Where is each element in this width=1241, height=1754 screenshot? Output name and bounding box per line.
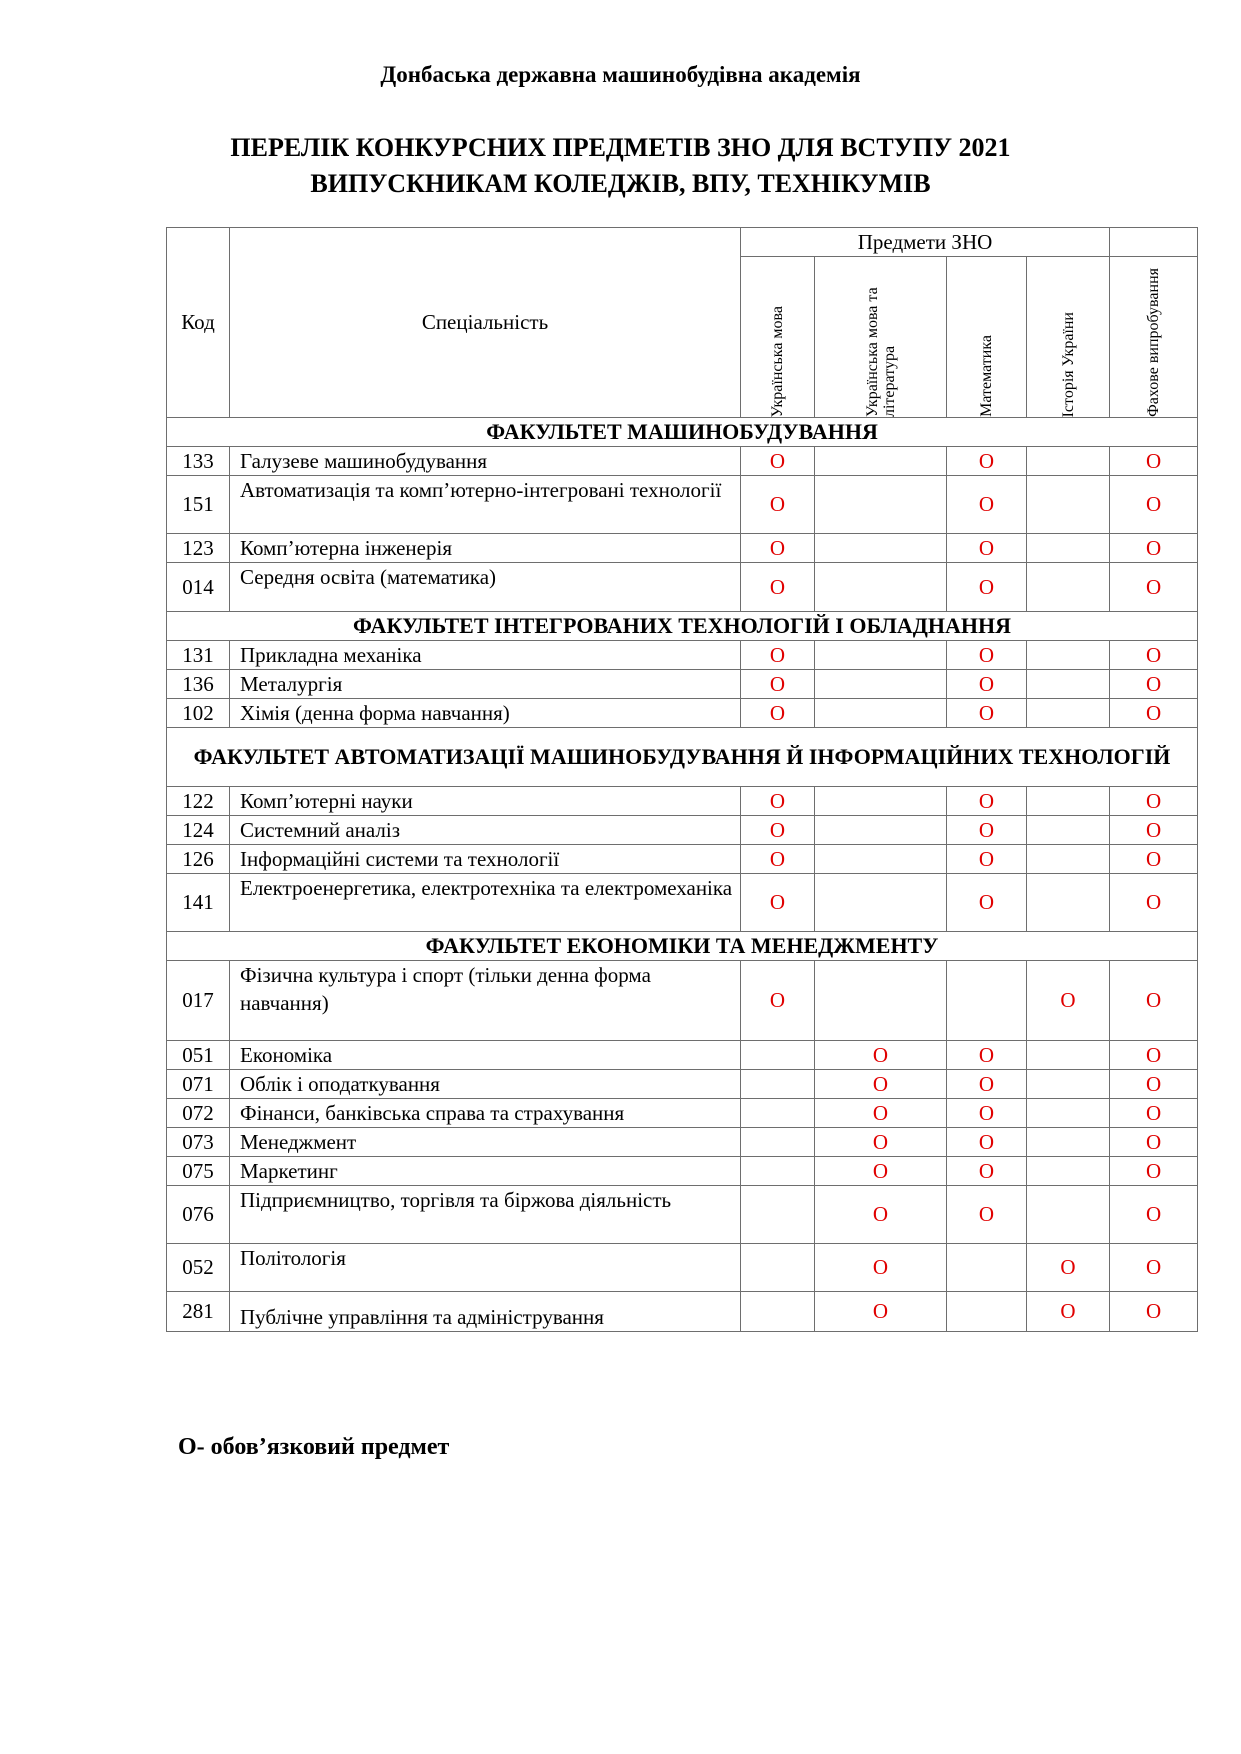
subject-mark: О — [741, 641, 815, 670]
subject-mark — [1027, 534, 1110, 563]
document-title: ПЕРЕЛІК КОНКУРСНИХ ПРЕДМЕТІВ ЗНО ДЛЯ ВСТ… — [0, 130, 1241, 202]
specialty-name: Прикладна механіка — [230, 641, 741, 670]
specialty-code: 133 — [167, 447, 230, 476]
subject-mark — [1027, 1128, 1110, 1157]
subject-mark — [815, 476, 947, 534]
subject-mark — [1027, 1041, 1110, 1070]
subject-mark: О — [815, 1157, 947, 1186]
subject-mark — [1027, 670, 1110, 699]
document-title-line-1: ПЕРЕЛІК КОНКУРСНИХ ПРЕДМЕТІВ ЗНО ДЛЯ ВСТ… — [0, 130, 1241, 166]
subject-mark: О — [1110, 1186, 1198, 1244]
subject-mark: О — [1110, 874, 1198, 932]
organization-title: Донбаська державна машинобудівна академі… — [0, 62, 1241, 88]
subject-mark — [741, 1041, 815, 1070]
subject-mark: О — [1110, 1099, 1198, 1128]
subject-mark: О — [1110, 1157, 1198, 1186]
subject-mark: О — [947, 1099, 1027, 1128]
subject-mark: О — [815, 1099, 947, 1128]
table-row: 141Електроенергетика, електротехніка та … — [167, 874, 1198, 932]
subject-mark: О — [741, 447, 815, 476]
subject-mark — [1027, 641, 1110, 670]
table-row: 151Автоматизація та комп’ютерно-інтегров… — [167, 476, 1198, 534]
subject-mark — [815, 670, 947, 699]
specialty-code: 014 — [167, 563, 230, 612]
faculty-name: ФАКУЛЬТЕТ АВТОМАТИЗАЦІЇ МАШИНОБУДУВАННЯ … — [167, 728, 1198, 787]
column-group-header-subjects: Предмети ЗНО — [741, 228, 1110, 257]
specialty-name: Хімія (денна форма навчання) — [230, 699, 741, 728]
subject-mark: О — [1110, 447, 1198, 476]
specialty-name: Облік і оподаткування — [230, 1070, 741, 1099]
specialty-code: 136 — [167, 670, 230, 699]
specialty-name: Системний аналіз — [230, 816, 741, 845]
specialty-code: 052 — [167, 1244, 230, 1292]
specialty-code: 122 — [167, 787, 230, 816]
subject-mark: О — [741, 563, 815, 612]
specialty-code: 141 — [167, 874, 230, 932]
subject-mark: О — [815, 1070, 947, 1099]
table-row: 126Інформаційні системи та технологіїООО — [167, 845, 1198, 874]
subject-mark: О — [947, 1128, 1027, 1157]
subject-mark: О — [947, 1070, 1027, 1099]
subject-mark — [1027, 874, 1110, 932]
subject-mark: О — [741, 787, 815, 816]
column-header-subject-2: Українська мова та література — [815, 257, 947, 418]
subject-mark: О — [1110, 1041, 1198, 1070]
subject-mark — [1027, 447, 1110, 476]
table-row: 133Галузеве машинобудуванняООО — [167, 447, 1198, 476]
specialty-code: 124 — [167, 816, 230, 845]
subject-mark — [815, 699, 947, 728]
subject-mark — [1027, 1186, 1110, 1244]
specialty-name: Публічне управління та адміністрування — [230, 1292, 741, 1332]
table-row: 072Фінанси, банківська справа та страхув… — [167, 1099, 1198, 1128]
subject-mark: О — [1110, 1128, 1198, 1157]
subject-mark — [1027, 699, 1110, 728]
column-header-subject-5: Фахове випробування — [1110, 257, 1198, 418]
column-header-code: Код — [167, 228, 230, 418]
subject-mark: О — [741, 699, 815, 728]
subject-mark: О — [1110, 476, 1198, 534]
specialty-code: 017 — [167, 961, 230, 1041]
subject-mark: О — [741, 816, 815, 845]
subject-mark — [815, 787, 947, 816]
subject-mark: О — [1110, 1244, 1198, 1292]
specialty-code: 076 — [167, 1186, 230, 1244]
subject-mark: О — [947, 641, 1027, 670]
specialty-name: Металургія — [230, 670, 741, 699]
subject-mark — [1027, 563, 1110, 612]
column-header-subject-4: Історія України — [1027, 257, 1110, 418]
table-row: 014Середня освіта (математика)ООО — [167, 563, 1198, 612]
subject-mark — [1027, 787, 1110, 816]
faculty-header-row: ФАКУЛЬТЕТ АВТОМАТИЗАЦІЇ МАШИНОБУДУВАННЯ … — [167, 728, 1198, 787]
subject-mark — [1027, 1070, 1110, 1099]
subject-mark: О — [1110, 787, 1198, 816]
subject-mark: О — [947, 1157, 1027, 1186]
subject-mark: О — [947, 1186, 1027, 1244]
subject-mark — [741, 1292, 815, 1332]
specialty-name: Середня освіта (математика) — [230, 563, 741, 612]
subject-mark: О — [741, 670, 815, 699]
subject-mark: О — [947, 699, 1027, 728]
subject-mark: О — [741, 845, 815, 874]
specialty-name: Фізична культура і спорт (тільки денна ф… — [230, 961, 741, 1041]
subject-mark: О — [947, 816, 1027, 845]
specialty-name: Економіка — [230, 1041, 741, 1070]
subject-mark — [947, 961, 1027, 1041]
specialty-code: 151 — [167, 476, 230, 534]
subject-mark: О — [1110, 961, 1198, 1041]
subject-mark — [947, 1244, 1027, 1292]
specialty-name: Електроенергетика, електротехніка та еле… — [230, 874, 741, 932]
specialty-code: 131 — [167, 641, 230, 670]
specialty-code: 102 — [167, 699, 230, 728]
subject-mark — [1027, 476, 1110, 534]
subject-mark — [815, 845, 947, 874]
faculty-name: ФАКУЛЬТЕТ ЕКОНОМІКИ ТА МЕНЕДЖМЕНТУ — [167, 932, 1198, 961]
specialty-code: 281 — [167, 1292, 230, 1332]
subject-mark: О — [741, 534, 815, 563]
specialty-name: Комп’ютерні науки — [230, 787, 741, 816]
table-row: 052ПолітологіяООО — [167, 1244, 1198, 1292]
specialty-code: 123 — [167, 534, 230, 563]
subject-mark: О — [947, 534, 1027, 563]
subject-mark — [741, 1070, 815, 1099]
subject-mark: О — [741, 874, 815, 932]
document-title-line-2: ВИПУСКНИКАМ КОЛЕДЖІВ, ВПУ, ТЕХНІКУМІВ — [0, 166, 1241, 202]
column-header-specialty: Спеціальність — [230, 228, 741, 418]
faculty-header-row: ФАКУЛЬТЕТ МАШИНОБУДУВАННЯ — [167, 418, 1198, 447]
faculty-header-row: ФАКУЛЬТЕТ ІНТЕГРОВАНИХ ТЕХНОЛОГІЙ І ОБЛА… — [167, 612, 1198, 641]
table-row: 017Фізична культура і спорт (тільки денн… — [167, 961, 1198, 1041]
legend-note: О- обов’язковий предмет — [178, 1434, 449, 1461]
subject-mark: О — [947, 563, 1027, 612]
table-row: 071Облік і оподаткуванняООО — [167, 1070, 1198, 1099]
subject-mark: О — [1027, 961, 1110, 1041]
column-header-subject-3: Математика — [947, 257, 1027, 418]
specialty-name: Підприємництво, торгівля та біржова діял… — [230, 1186, 741, 1244]
table-row: 073МенеджментООО — [167, 1128, 1198, 1157]
specialty-name: Інформаційні системи та технології — [230, 845, 741, 874]
subject-mark — [815, 641, 947, 670]
subject-mark — [741, 1157, 815, 1186]
specialty-name: Менеджмент — [230, 1128, 741, 1157]
subject-mark — [1027, 845, 1110, 874]
subject-mark: О — [741, 476, 815, 534]
subject-mark: О — [815, 1186, 947, 1244]
subject-mark: О — [947, 670, 1027, 699]
subject-mark: О — [1110, 1070, 1198, 1099]
subject-mark: О — [1027, 1244, 1110, 1292]
table-row: 281Публічне управління та адмініструванн… — [167, 1292, 1198, 1332]
subject-mark — [815, 447, 947, 476]
specialty-code: 072 — [167, 1099, 230, 1128]
specialty-code: 073 — [167, 1128, 230, 1157]
faculty-name: ФАКУЛЬТЕТ МАШИНОБУДУВАННЯ — [167, 418, 1198, 447]
subject-mark — [1027, 1157, 1110, 1186]
subject-mark — [741, 1186, 815, 1244]
subject-mark — [741, 1099, 815, 1128]
subjects-table: Код Спеціальність Предмети ЗНО Українськ… — [166, 227, 1198, 1332]
subject-mark: О — [1110, 699, 1198, 728]
subject-mark — [815, 534, 947, 563]
subject-mark: О — [1110, 534, 1198, 563]
subject-mark: О — [815, 1041, 947, 1070]
subject-mark — [1027, 816, 1110, 845]
subject-mark: О — [947, 447, 1027, 476]
subject-mark: О — [947, 476, 1027, 534]
specialty-name: Політологія — [230, 1244, 741, 1292]
subject-mark — [815, 874, 947, 932]
subject-mark: О — [947, 787, 1027, 816]
subject-mark — [947, 1292, 1027, 1332]
subject-mark: О — [741, 961, 815, 1041]
specialty-name: Фінанси, банківська справа та страхуванн… — [230, 1099, 741, 1128]
subject-mark: О — [1110, 845, 1198, 874]
subject-mark: О — [1027, 1292, 1110, 1332]
column-header-subject-1: Українська мова — [741, 257, 815, 418]
subject-mark: О — [947, 874, 1027, 932]
specialty-code: 051 — [167, 1041, 230, 1070]
subject-mark: О — [1110, 670, 1198, 699]
subject-mark: О — [815, 1244, 947, 1292]
specialty-name: Маркетинг — [230, 1157, 741, 1186]
subject-mark: О — [1110, 1292, 1198, 1332]
subject-mark: О — [1110, 816, 1198, 845]
table-row: 136МеталургіяООО — [167, 670, 1198, 699]
subject-mark: О — [947, 1041, 1027, 1070]
subject-mark — [741, 1128, 815, 1157]
subject-mark — [815, 563, 947, 612]
subject-mark: О — [947, 845, 1027, 874]
table-row: 051ЕкономікаООО — [167, 1041, 1198, 1070]
subject-mark: О — [1110, 563, 1198, 612]
subject-mark: О — [1110, 641, 1198, 670]
specialty-name: Комп’ютерна інженерія — [230, 534, 741, 563]
faculty-header-row: ФАКУЛЬТЕТ ЕКОНОМІКИ ТА МЕНЕДЖМЕНТУ — [167, 932, 1198, 961]
table-row: 123Комп’ютерна інженеріяООО — [167, 534, 1198, 563]
specialty-code: 126 — [167, 845, 230, 874]
table-row: 075МаркетингООО — [167, 1157, 1198, 1186]
table-body: ФАКУЛЬТЕТ МАШИНОБУДУВАННЯ133Галузеве маш… — [167, 418, 1198, 1332]
table-row: 124Системний аналізООО — [167, 816, 1198, 845]
subject-mark — [741, 1244, 815, 1292]
table-row: 102Хімія (денна форма навчання)ООО — [167, 699, 1198, 728]
subject-mark: О — [815, 1292, 947, 1332]
table-row: 076Підприємництво, торгівля та біржова д… — [167, 1186, 1198, 1244]
specialty-name: Автоматизація та комп’ютерно-інтегровані… — [230, 476, 741, 534]
table-row: 122Комп’ютерні наукиООО — [167, 787, 1198, 816]
specialty-name: Галузеве машинобудування — [230, 447, 741, 476]
specialty-code: 075 — [167, 1157, 230, 1186]
subject-mark — [1027, 1099, 1110, 1128]
table-row: 131Прикладна механікаООО — [167, 641, 1198, 670]
subject-mark — [815, 961, 947, 1041]
subject-mark — [815, 816, 947, 845]
specialty-code: 071 — [167, 1070, 230, 1099]
column-group-header-empty — [1110, 228, 1198, 257]
faculty-name: ФАКУЛЬТЕТ ІНТЕГРОВАНИХ ТЕХНОЛОГІЙ І ОБЛА… — [167, 612, 1198, 641]
subject-mark: О — [815, 1128, 947, 1157]
